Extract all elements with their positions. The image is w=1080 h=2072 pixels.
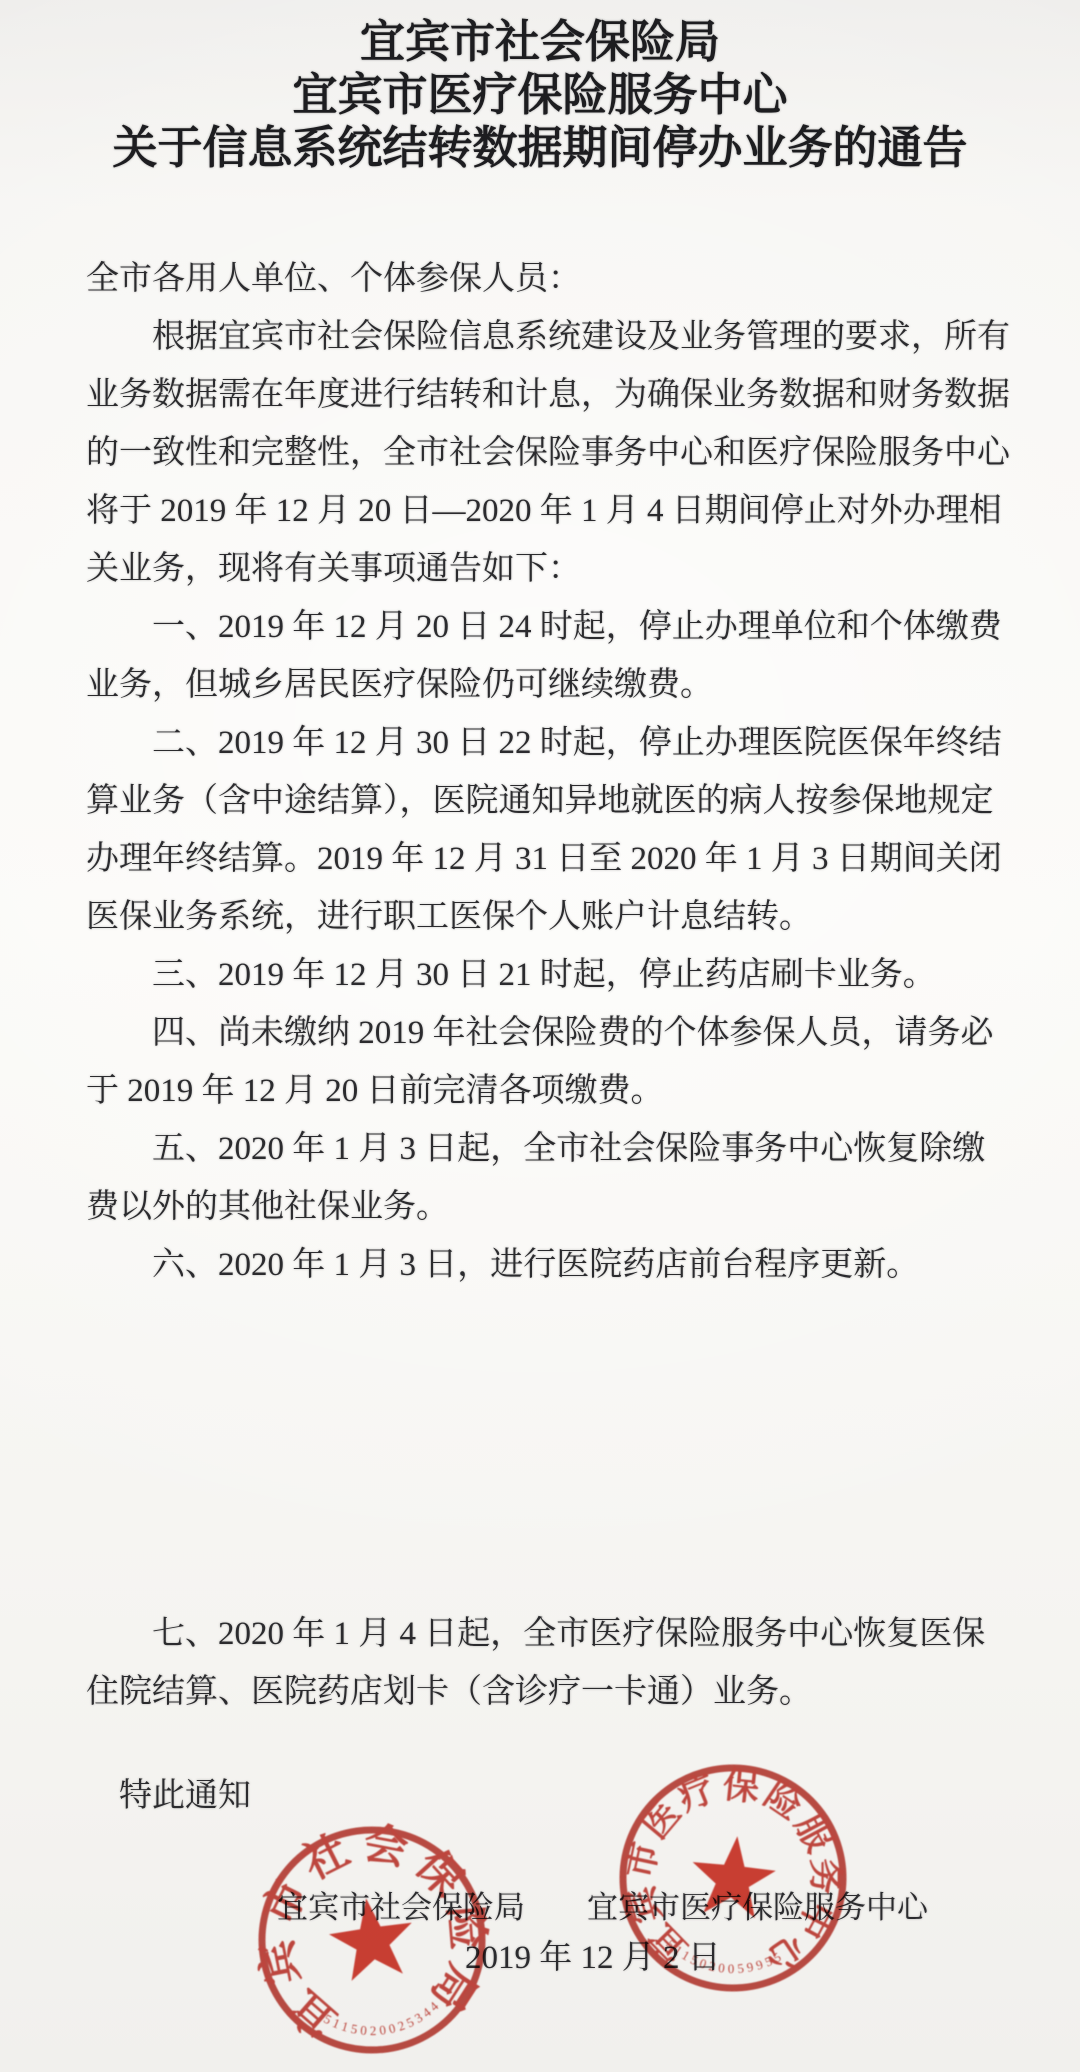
intro-line: 的一致性和完整性，全市社会保险事务中心和医疗保险服务中心 [86, 424, 1080, 482]
document-title: 宜宾市社会保险局 宜宾市医疗保险服务中心 关于信息系统结转数据期间停办业务的通告 [0, 0, 1080, 175]
signature-agency-2: 宜宾市医疗保险服务中心 [587, 1883, 928, 1933]
item-2-line: 算业务（含中途结算），医院通知异地就医的病人按参保地规定 [86, 772, 1080, 830]
item-3-line: 三、2019 年 12 月 30 日 21 时起，停止药店刷卡业务。 [86, 946, 1080, 1004]
signature-agency-1: 宜宾市社会保险局 [277, 1883, 525, 1933]
item-7-line: 七、2020 年 1 月 4 日起，全市医疗保险服务中心恢复医保 [86, 1605, 1080, 1663]
intro-line: 业务数据需在年度进行结转和计息，为确保业务数据和财务数据 [86, 366, 1080, 424]
notice-body-part2: 七、2020 年 1 月 4 日起，全市医疗保险服务中心恢复医保 住院结算、医院… [0, 1605, 1080, 1721]
item-5-line: 费以外的其他社保业务。 [86, 1178, 1080, 1236]
notice-document: 宜宾市社会保险局 宜宾市医疗保险服务中心 关于信息系统结转数据期间停办业务的通告… [0, 0, 1080, 2072]
item-1-line: 业务，但城乡居民医疗保险仍可继续缴费。 [86, 656, 1080, 714]
item-4-line: 四、尚未缴纳 2019 年社会保险费的个体参保人员，请务必 [86, 1004, 1080, 1062]
notice-body-part1: 全市各用人单位、个体参保人员： 根据宜宾市社会保险信息系统建设及业务管理的要求，… [0, 250, 1080, 1294]
salutation-line: 全市各用人单位、个体参保人员： [86, 250, 1080, 308]
title-line-1: 宜宾市社会保险局 [0, 16, 1080, 69]
item-7-line: 住院结算、医院药店划卡（含诊疗一卡通）业务。 [86, 1663, 1080, 1721]
closing-phrase: 特此通知 [0, 1767, 1080, 1825]
item-4-line: 于 2019 年 12 月 20 日前完清各项缴费。 [86, 1062, 1080, 1120]
item-6-line: 六、2020 年 1 月 3 日，进行医院药店前台程序更新。 [86, 1236, 1080, 1294]
intro-line: 根据宜宾市社会保险信息系统建设及业务管理的要求，所有 [86, 308, 1080, 366]
seal-code: 5115020025344 [320, 1995, 447, 2046]
svg-text:5115020025344: 5115020025344 [320, 1995, 447, 2046]
item-2-line: 办理年终结算。2019 年 12 月 31 日至 2020 年 1 月 3 日期… [86, 830, 1080, 888]
title-line-3: 关于信息系统结转数据期间停办业务的通告 [0, 122, 1080, 175]
document-date: 2019 年 12 月 2 日 [0, 1933, 1080, 1983]
intro-line: 将于 2019 年 12 月 20 日—2020 年 1 月 4 日期间停止对外… [86, 482, 1080, 540]
item-2-line: 医保业务系统，进行职工医保个人账户计息结转。 [86, 888, 1080, 946]
title-line-2: 宜宾市医疗保险服务中心 [0, 69, 1080, 122]
item-2-line: 二、2019 年 12 月 30 日 22 时起，停止办理医院医保年终结 [86, 714, 1080, 772]
signature-row: 宜宾市社会保险局 宜宾市医疗保险服务中心 [0, 1883, 1080, 1933]
item-1-line: 一、2019 年 12 月 20 日 24 时起，停止办理单位和个体缴费 [86, 598, 1080, 656]
item-5-line: 五、2020 年 1 月 3 日起，全市社会保险事务中心恢复除缴 [86, 1120, 1080, 1178]
intro-line: 关业务，现将有关事项通告如下： [86, 540, 1080, 598]
